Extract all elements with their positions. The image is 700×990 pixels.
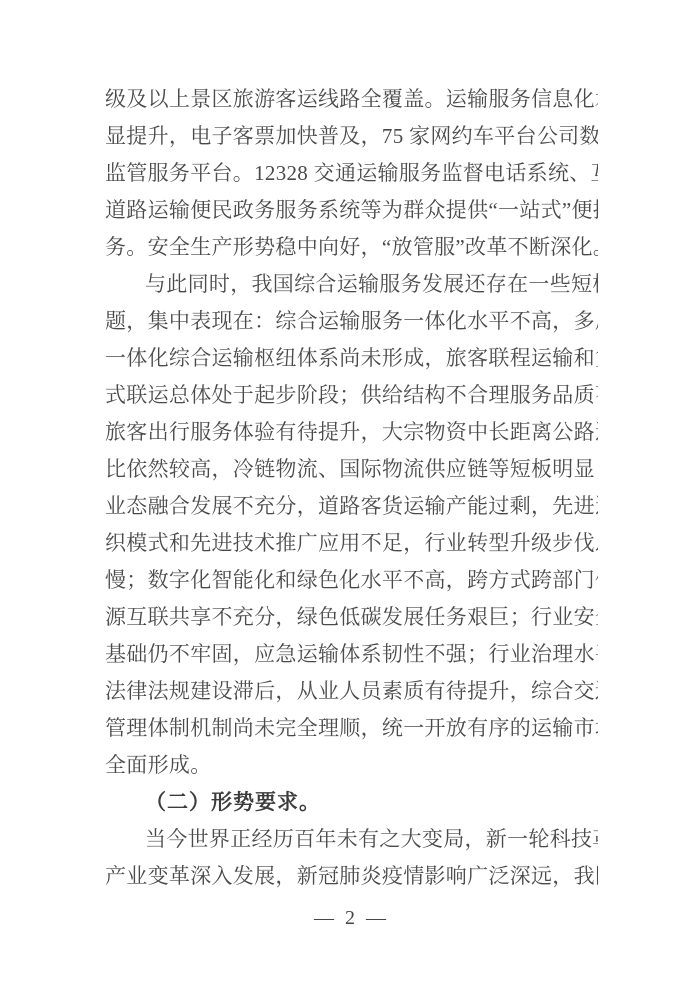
section-heading: （二）形势要求。 bbox=[105, 784, 598, 821]
body-text-line: 显提升，电子客票加快普及，75 家网约车平台公司数据接入 bbox=[105, 118, 598, 155]
body-text-line: 当今世界正经历百年未有之大变局，新一轮科技革命和 bbox=[105, 821, 598, 858]
body-text-line: 一体化综合运输枢纽体系尚未形成，旅客联程运输和货物多 bbox=[105, 340, 598, 377]
body-text-line: 基础仍不牢固，应急运输体系韧性不强；行业治理水平不高， bbox=[105, 636, 598, 673]
body-text-line: 比依然较高，冷链物流、国际物流供应链等短板明显；新老 bbox=[105, 451, 598, 488]
body-text-line: 源互联共享不充分，绿色低碳发展任务艰巨；行业安全稳定 bbox=[105, 599, 598, 636]
document-body: 级及以上景区旅游客运线路全覆盖。运输服务信息化水平明 显提升，电子客票加快普及，… bbox=[105, 81, 598, 895]
body-text-line: 织模式和先进技术推广应用不足，行业转型升级步伐总体缓 bbox=[105, 525, 598, 562]
body-text-line: 产业变革深入发展，新冠肺炎疫情影响广泛深远，我国已转 bbox=[105, 858, 598, 895]
body-text-line: 业态融合发展不充分，道路客货运输产能过剩，先进运输组 bbox=[105, 488, 598, 525]
body-text-line: 式联运总体处于起步阶段；供给结构不合理服务品质不优， bbox=[105, 377, 598, 414]
body-text-line: 旅客出行服务体验有待提升，大宗物资中长距离公路运输占 bbox=[105, 414, 598, 451]
page-number: — 2 — bbox=[105, 903, 598, 933]
body-text-line: 题，集中表现在：综合运输服务一体化水平不高，多层级、 bbox=[105, 303, 598, 340]
body-text-line: 管理体制机制尚未完全理顺，统一开放有序的运输市场尚未 bbox=[105, 710, 598, 747]
document-page: 级及以上景区旅游客运线路全覆盖。运输服务信息化水平明 显提升，电子客票加快普及，… bbox=[0, 0, 700, 990]
body-text-line: 监管服务平台。12328 交通运输服务监督电话系统、互联网 bbox=[105, 155, 598, 192]
body-text-line: 道路运输便民政务服务系统等为群众提供“一站式”便捷服 bbox=[105, 192, 598, 229]
body-text-line: 慢；数字化智能化和绿色化水平不高，跨方式跨部门信息资 bbox=[105, 562, 598, 599]
body-text-line: 全面形成。 bbox=[105, 747, 598, 784]
body-text-line: 务。安全生产形势稳中向好，“放管服”改革不断深化。 bbox=[105, 229, 598, 266]
body-text-line: 级及以上景区旅游客运线路全覆盖。运输服务信息化水平明 bbox=[105, 81, 598, 118]
body-text-line: 法律法规建设滞后，从业人员素质有待提升，综合交通运输 bbox=[105, 673, 598, 710]
body-text-line: 与此同时，我国综合运输服务发展还存在一些短板和问 bbox=[105, 266, 598, 303]
